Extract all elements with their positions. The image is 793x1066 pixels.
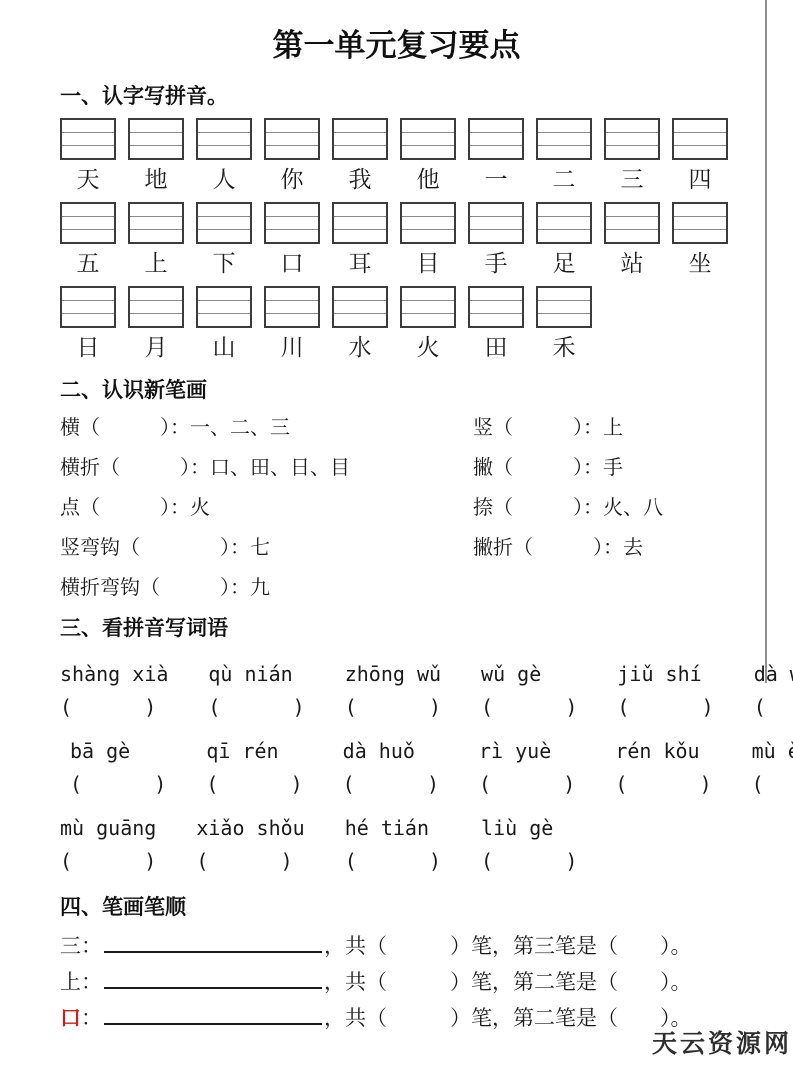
stroke-item: 撇折（ ）：去 [473, 535, 740, 562]
stroke-item: 横折（ ）：口、田、日、目 [60, 455, 473, 482]
page-title: 第一单元复习要点 [0, 26, 793, 66]
pinyin-word: mù guāng [60, 816, 156, 840]
pinyin-writing-grid [468, 286, 524, 328]
answer-parens: ( ) [481, 849, 577, 873]
stroke-order-line: 上：，共（ ）笔，第二笔是（ ）。 [60, 969, 740, 995]
pinyin-word-row-1: shàng xià( ) qù nián( ) zhōng wǔ( ) wǔ g… [60, 662, 740, 719]
pinyin-cell: 口 [264, 202, 320, 278]
hanzi: 禾 [553, 333, 576, 362]
answer-parens: ( ) [208, 695, 304, 719]
pinyin-word-group: shàng xià( ) [60, 662, 168, 719]
pinyin-writing-grid [128, 286, 184, 328]
pinyin-cell: 坐 [672, 202, 728, 278]
pinyin-writing-grid [332, 286, 388, 328]
pinyin-writing-grid [332, 118, 388, 160]
pinyin-cell: 水 [332, 286, 388, 362]
stroke-list: 横（ ）：一、二、三 竖（ ）：上 横折（ ）：口、田、日、目 撇（ ）：手 点… [60, 415, 740, 602]
pinyin-word: rì yuè [479, 739, 551, 763]
hanzi: 火 [417, 333, 440, 362]
pinyin-writing-grid [60, 202, 116, 244]
pinyin-cell: 耳 [332, 202, 388, 278]
pinyin-cell: 手 [468, 202, 524, 278]
pinyin-word-group: hé tián( ) [345, 816, 441, 873]
pinyin-writing-grid [536, 118, 592, 160]
pinyin-word: bā gè [70, 739, 130, 763]
hanzi: 上 [145, 249, 168, 278]
pinyin-cell: 火 [400, 286, 456, 362]
answer-parens: ( ) [206, 772, 302, 796]
pinyin-cell: 地 [128, 118, 184, 194]
stroke-order-list: 三：，共（ ）笔，第三笔是（ ）。 上：，共（ ）笔，第二笔是（ ）。 口：，共… [60, 933, 740, 1031]
hanzi: 我 [349, 165, 372, 194]
stroke-item [473, 575, 740, 602]
pinyin-word-row-3: mù guāng( ) xiǎo shǒu( ) hé tián( ) liù … [60, 816, 740, 873]
target-char: 三 [60, 934, 81, 958]
stroke-item: 撇（ ）：手 [473, 455, 740, 482]
hanzi: 足 [553, 249, 576, 278]
pinyin-writing-grid [672, 118, 728, 160]
answer-parens: ( ) [615, 772, 711, 796]
pinyin-word: qī rén [206, 739, 278, 763]
pinyin-cell: 五 [60, 202, 116, 278]
pinyin-word: shàng xià [60, 662, 168, 686]
answer-parens: ( ) [617, 695, 713, 719]
hanzi: 山 [213, 333, 236, 362]
answer-parens: ( ) [479, 772, 575, 796]
pinyin-writing-grid [400, 286, 456, 328]
pinyin-cell: 四 [672, 118, 728, 194]
scan-edge-line [765, 0, 767, 683]
answer-parens: ( ) [754, 695, 793, 719]
answer-parens: ( ) [196, 849, 292, 873]
pinyin-word-row-2: bā gè( ) qī rén( ) dà huǒ( ) rì yuè( ) r… [60, 739, 740, 796]
worksheet-content: 一、认字写拼音。 天 地 人 你 我 他 一 二 三 四 五 上 下 口 耳 目… [0, 84, 793, 1031]
pinyin-writing-grid [196, 202, 252, 244]
pinyin-writing-grid [672, 202, 728, 244]
section3-heading: 三、看拼音写词语 [60, 616, 740, 642]
pinyin-cell: 山 [196, 286, 252, 362]
pinyin-word: liù gè [481, 816, 553, 840]
hanzi: 下 [213, 249, 236, 278]
hanzi: 一 [485, 165, 508, 194]
pinyin-word-group: rén kǒu( ) [615, 739, 711, 796]
pinyin-cell-row-1: 天 地 人 你 我 他 一 二 三 四 [60, 118, 740, 194]
hanzi: 手 [485, 249, 508, 278]
hanzi: 田 [485, 333, 508, 362]
pinyin-writing-grid [264, 202, 320, 244]
pinyin-cell: 二 [536, 118, 592, 194]
pinyin-word: qù nián [208, 662, 292, 686]
pinyin-word: dà huǒ [343, 739, 415, 763]
pinyin-word-group: rì yuè( ) [479, 739, 575, 796]
hanzi: 水 [349, 333, 372, 362]
answer-parens: ( ) [481, 695, 577, 719]
pinyin-writing-grid [468, 202, 524, 244]
pinyin-word-group: dà huǒ( ) [343, 739, 439, 796]
pinyin-word: dà wáng [754, 662, 793, 686]
target-char: 上 [60, 970, 81, 994]
pinyin-writing-grid [536, 286, 592, 328]
line-rest: ，共（ ）笔，第二笔是（ ）。 [324, 1006, 692, 1030]
hanzi: 人 [213, 165, 236, 194]
pinyin-writing-grid [332, 202, 388, 244]
answer-parens: ( ) [60, 849, 156, 873]
answer-parens: ( ) [70, 772, 166, 796]
hanzi: 二 [553, 165, 576, 194]
pinyin-writing-grid [264, 118, 320, 160]
pinyin-word-group: qù nián( ) [208, 662, 304, 719]
pinyin-word-group: qī rén( ) [206, 739, 302, 796]
pinyin-writing-grid [468, 118, 524, 160]
pinyin-word-group: mù guāng( ) [60, 816, 156, 873]
hanzi: 五 [77, 249, 100, 278]
pinyin-cell: 田 [468, 286, 524, 362]
stroke-item: 横折弯钩（ ）：九 [60, 575, 473, 602]
hanzi: 目 [417, 249, 440, 278]
stroke-item: 竖弯钩（ ）：七 [60, 535, 473, 562]
hanzi: 你 [281, 165, 304, 194]
line-rest: ，共（ ）笔，第二笔是（ ）。 [324, 970, 692, 994]
pinyin-writing-grid [128, 118, 184, 160]
pinyin-word: mù ěr [752, 739, 793, 763]
pinyin-writing-grid [400, 118, 456, 160]
pinyin-word-group: zhōng wǔ( ) [345, 662, 441, 719]
watermark: 天云资源网 [652, 1024, 792, 1060]
pinyin-word-group: mù ěr( ) [752, 739, 793, 796]
pinyin-cell-row-2: 五 上 下 口 耳 目 手 足 站 坐 [60, 202, 740, 278]
pinyin-word-group: wǔ gè( ) [481, 662, 577, 719]
hanzi: 口 [281, 249, 304, 278]
pinyin-cell: 上 [128, 202, 184, 278]
pinyin-word-group: dà wáng( ) [754, 662, 793, 719]
stroke-item: 点（ ）：火 [60, 495, 473, 522]
hanzi: 站 [621, 249, 644, 278]
pinyin-cell: 月 [128, 286, 184, 362]
pinyin-cell: 站 [604, 202, 660, 278]
colon: ： [81, 934, 102, 958]
target-char-red: 口 [60, 1006, 81, 1030]
pinyin-cell: 三 [604, 118, 660, 194]
pinyin-writing-grid [264, 286, 320, 328]
pinyin-writing-grid [536, 202, 592, 244]
section2-heading: 二、认识新笔画 [60, 378, 740, 404]
stroke-item: 横（ ）：一、二、三 [60, 415, 473, 442]
pinyin-cell: 我 [332, 118, 388, 194]
hanzi: 坐 [689, 249, 712, 278]
stroke-order-line: 三：，共（ ）笔，第三笔是（ ）。 [60, 933, 740, 959]
pinyin-cell: 人 [196, 118, 252, 194]
answer-parens: ( ) [60, 695, 156, 719]
colon: ： [81, 1006, 102, 1030]
pinyin-word: wǔ gè [481, 662, 541, 686]
pinyin-writing-grid [196, 118, 252, 160]
pinyin-word: hé tián [345, 816, 429, 840]
hanzi: 月 [145, 333, 168, 362]
pinyin-word: zhōng wǔ [345, 662, 441, 686]
pinyin-word: jiǔ shí [617, 662, 701, 686]
hanzi: 四 [689, 165, 712, 194]
pinyin-writing-grid [60, 286, 116, 328]
hanzi: 日 [77, 333, 100, 362]
hanzi: 他 [417, 165, 440, 194]
pinyin-word: xiǎo shǒu [196, 816, 304, 840]
pinyin-word-group: bā gè( ) [70, 739, 166, 796]
hanzi: 耳 [349, 249, 372, 278]
hanzi: 天 [77, 165, 100, 194]
stroke-item: 竖（ ）：上 [473, 415, 740, 442]
pinyin-writing-grid [128, 202, 184, 244]
colon: ： [81, 970, 102, 994]
hanzi: 川 [281, 333, 304, 362]
line-rest: ，共（ ）笔，第三笔是（ ）。 [324, 934, 692, 958]
writing-blank [104, 935, 322, 953]
pinyin-cell: 目 [400, 202, 456, 278]
pinyin-writing-grid [604, 202, 660, 244]
pinyin-writing-grid [400, 202, 456, 244]
pinyin-cell: 下 [196, 202, 252, 278]
pinyin-word: rén kǒu [615, 739, 699, 763]
hanzi: 三 [621, 165, 644, 194]
answer-parens: ( ) [343, 772, 439, 796]
pinyin-cell: 日 [60, 286, 116, 362]
pinyin-cell: 一 [468, 118, 524, 194]
pinyin-word-group: xiǎo shǒu( ) [196, 816, 304, 873]
stroke-item: 捺（ ）：火、八 [473, 495, 740, 522]
pinyin-cell-row-3: 日 月 山 川 水 火 田 禾 [60, 286, 740, 362]
pinyin-word-group: liù gè( ) [481, 816, 577, 873]
pinyin-writing-grid [604, 118, 660, 160]
writing-blank [104, 971, 322, 989]
stroke-order-line: 口：，共（ ）笔，第二笔是（ ）。 [60, 1005, 740, 1031]
pinyin-writing-grid [196, 286, 252, 328]
pinyin-cell: 天 [60, 118, 116, 194]
pinyin-cell: 你 [264, 118, 320, 194]
answer-parens: ( ) [345, 849, 441, 873]
section4-heading: 四、笔画笔顺 [60, 895, 740, 921]
writing-blank [104, 1007, 322, 1025]
pinyin-cell: 川 [264, 286, 320, 362]
pinyin-cell: 禾 [536, 286, 592, 362]
answer-parens: ( ) [345, 695, 441, 719]
answer-parens: ( ) [752, 772, 793, 796]
pinyin-cell: 他 [400, 118, 456, 194]
pinyin-cell: 足 [536, 202, 592, 278]
section1-heading: 一、认字写拼音。 [60, 84, 740, 110]
worksheet-page: 第一单元复习要点 一、认字写拼音。 天 地 人 你 我 他 一 二 三 四 五 … [0, 0, 793, 1066]
pinyin-word-group: jiǔ shí( ) [617, 662, 713, 719]
hanzi: 地 [145, 165, 168, 194]
pinyin-writing-grid [60, 118, 116, 160]
